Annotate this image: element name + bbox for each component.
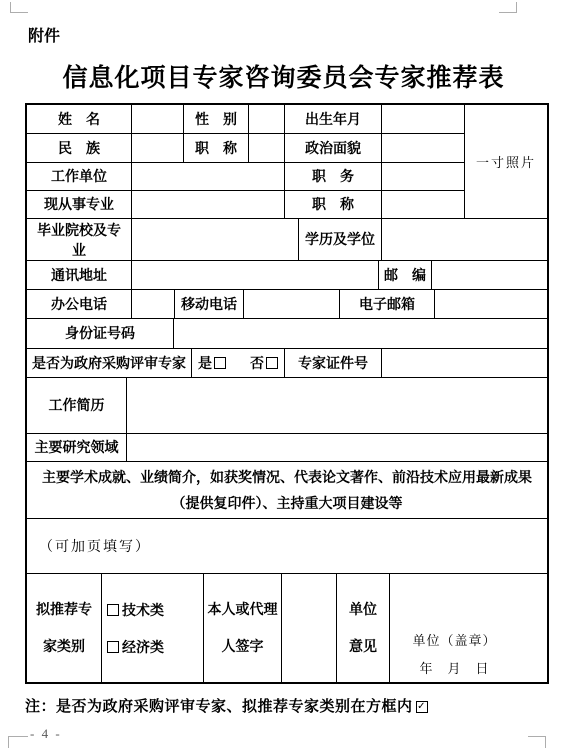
expert-cert-value[interactable] [382, 349, 547, 378]
date-line: 年 月 日 [419, 658, 489, 677]
corner-mark-icon [10, 2, 28, 13]
econ-checkbox-icon[interactable] [107, 641, 119, 653]
top-section: 姓 名 性 别 出生年月 民 族 职 称 政治面貌 工作单位 [27, 105, 547, 219]
achievements-fill-area[interactable]: （可加页填写） [27, 519, 547, 574]
corner-mark-icon [8, 736, 28, 748]
ethnicity-value[interactable] [132, 134, 184, 163]
school-major-label: 毕业院校及专 业 [27, 219, 132, 261]
unit-seal-area[interactable]: 单位（盖章） 年 月 日 [390, 574, 547, 682]
email-label: 电子邮箱 [340, 290, 435, 319]
table-row: 通讯地址 邮 编 [27, 261, 547, 290]
position-label: 职 务 [285, 163, 382, 191]
work-unit-label: 工作单位 [27, 163, 132, 191]
postcode-value[interactable] [432, 261, 547, 290]
gov-procurement-options: 是 否 [192, 349, 285, 378]
tech-checkbox-icon[interactable] [107, 604, 119, 616]
birth-date-label: 出生年月 [285, 105, 382, 134]
name-label: 姓 名 [27, 105, 132, 134]
work-resume-value[interactable] [127, 378, 547, 434]
signature-label: 本人或代理 人签字 [204, 574, 282, 682]
mobile-phone-label: 移动电话 [175, 290, 244, 319]
office-phone-label: 办公电话 [27, 290, 132, 319]
prof-title-label: 职 称 [184, 134, 249, 163]
gov-procurement-label: 是否为政府采购评审专家 [27, 349, 192, 378]
table-row: （可加页填写） [27, 519, 547, 574]
political-status-label: 政治面貌 [285, 134, 382, 163]
research-field-value[interactable] [127, 434, 547, 462]
econ-option: 经济类 [107, 637, 164, 657]
current-title-value[interactable] [382, 191, 465, 219]
ethnicity-label: 民 族 [27, 134, 132, 163]
table-row: 拟推荐专 家类别 技术类 经济类 本人或代理 人签字 单位 意见 单位（盖章） … [27, 574, 547, 682]
attachment-label: 附件 [28, 23, 60, 46]
birth-date-value[interactable] [382, 105, 465, 134]
document-page: 附件 信息化项目专家咨询委员会专家推荐表 姓 名 性 别 出生年月 民 族 职 … [0, 0, 567, 753]
photo-label: 一寸照片 [476, 152, 536, 171]
table-row: 是否为政府采购评审专家 是 否 专家证件号 [27, 349, 547, 378]
postcode-label: 邮 编 [379, 261, 432, 290]
work-unit-value[interactable] [132, 163, 285, 191]
position-value[interactable] [382, 163, 465, 191]
profession-label: 现从事专业 [27, 191, 132, 219]
research-field-label: 主要研究领域 [27, 434, 127, 462]
no-checkbox-icon[interactable] [266, 357, 278, 369]
id-number-label: 身份证号码 [27, 319, 174, 349]
gender-label: 性 别 [184, 105, 249, 134]
category-label: 拟推荐专 家类别 [27, 574, 102, 682]
mobile-phone-value[interactable] [244, 290, 340, 319]
achievements-section-label: 主要学术成就、业绩简介，如获奖情况、代表论文著作、前沿技术应用最新成果（提供复印… [27, 462, 547, 519]
degree-label: 学历及学位 [299, 219, 382, 261]
page-number: - 4 - [30, 726, 62, 742]
degree-value[interactable] [382, 219, 547, 261]
name-value[interactable] [132, 105, 184, 134]
recommendation-form-table: 姓 名 性 别 出生年月 民 族 职 称 政治面貌 工作单位 [25, 103, 549, 684]
office-phone-value[interactable] [132, 290, 175, 319]
table-row: 主要研究领域 [27, 434, 547, 462]
unit-seal-label: 单位（盖章） [412, 630, 496, 649]
gender-value[interactable] [249, 105, 285, 134]
signature-value[interactable] [282, 574, 337, 682]
table-row: 办公电话 移动电话 电子邮箱 [27, 290, 547, 319]
id-number-value[interactable] [174, 319, 547, 349]
top-left-grid: 姓 名 性 别 出生年月 民 族 职 称 政治面貌 工作单位 [27, 105, 465, 219]
profession-value[interactable] [132, 191, 285, 219]
mailing-address-label: 通讯地址 [27, 261, 132, 290]
corner-mark-icon [499, 2, 517, 13]
category-options: 技术类 经济类 [102, 574, 204, 682]
table-row: 主要学术成就、业绩简介，如获奖情况、代表论文著作、前沿技术应用最新成果（提供复印… [27, 462, 547, 519]
corner-mark-icon [528, 736, 546, 748]
political-status-value[interactable] [382, 134, 465, 163]
checked-checkbox-icon: ✓ [416, 701, 428, 713]
unit-opinion-label: 单位 意见 [337, 574, 390, 682]
current-title-label: 职 称 [285, 191, 382, 219]
school-major-value[interactable] [132, 219, 299, 261]
expert-cert-label: 专家证件号 [285, 349, 382, 378]
work-resume-label: 工作简历 [27, 378, 127, 434]
yes-checkbox-icon[interactable] [214, 357, 226, 369]
mailing-address-value[interactable] [132, 261, 379, 290]
table-row: 毕业院校及专 业 学历及学位 [27, 219, 547, 261]
table-row: 身份证号码 [27, 319, 547, 349]
photo-placeholder[interactable]: 一寸照片 [465, 105, 547, 219]
prof-title-value[interactable] [249, 134, 285, 163]
page-title: 信息化项目专家咨询委员会专家推荐表 [0, 58, 567, 94]
tech-option: 技术类 [107, 600, 164, 620]
email-value[interactable] [435, 290, 547, 319]
no-option: 否 [250, 353, 278, 373]
yes-option: 是 [198, 353, 226, 373]
footnote: 注：是否为政府采购评审专家、拟推荐专家类别在方框内 ✓ [25, 695, 428, 716]
table-row: 工作简历 [27, 378, 547, 434]
